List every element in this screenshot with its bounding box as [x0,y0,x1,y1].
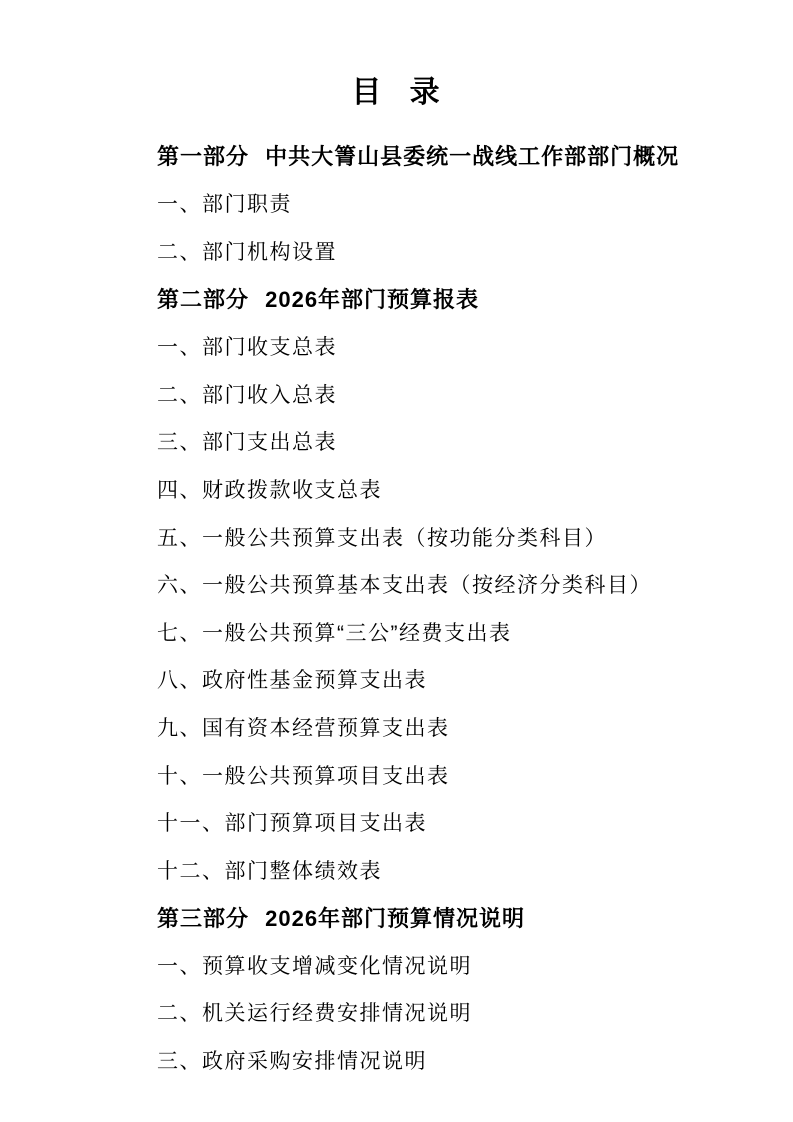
toc-item: 五、一般公共预算支出表（按功能分类科目） [157,513,753,561]
toc-item: 四、财政拨款收支总表 [157,465,753,513]
toc-item: 一、部门职责 [157,180,753,228]
toc-item: 九、国有资本经营预算支出表 [157,703,753,751]
toc-item: 二、部门收入总表 [157,370,753,418]
toc-section-heading: 第二部分 2026年部门预算报表 [157,275,753,323]
toc-item: 三、政府采购安排情况说明 [157,1036,753,1084]
toc-item: 十一、部门预算项目支出表 [157,798,753,846]
toc-item: 三、部门支出总表 [157,418,753,466]
toc-item: 二、机关运行经费安排情况说明 [157,989,753,1037]
toc-section-heading: 第一部分 中共大箐山县委统一战线工作部部门概况 [157,132,753,180]
toc-item: 十二、部门整体绩效表 [157,846,753,894]
toc-item: 六、一般公共预算基本支出表（按经济分类科目） [157,560,753,608]
toc-item: 七、一般公共预算“三公”经费支出表 [157,608,753,656]
toc-item: 十、一般公共预算项目支出表 [157,751,753,799]
document-page: 目 录 第一部分 中共大箐山县委统一战线工作部部门概况 一、部门职责 二、部门机… [0,0,793,1122]
toc-item: 八、政府性基金预算支出表 [157,656,753,704]
toc-item: 一、部门收支总表 [157,322,753,370]
toc-item: 二、部门机构设置 [157,227,753,275]
toc-section-heading: 第三部分 2026年部门预算情况说明 [157,894,753,942]
table-of-contents: 第一部分 中共大箐山县委统一战线工作部部门概况 一、部门职责 二、部门机构设置 … [0,132,793,1084]
toc-item: 一、预算收支增减变化情况说明 [157,941,753,989]
page-title: 目 录 [0,0,793,114]
